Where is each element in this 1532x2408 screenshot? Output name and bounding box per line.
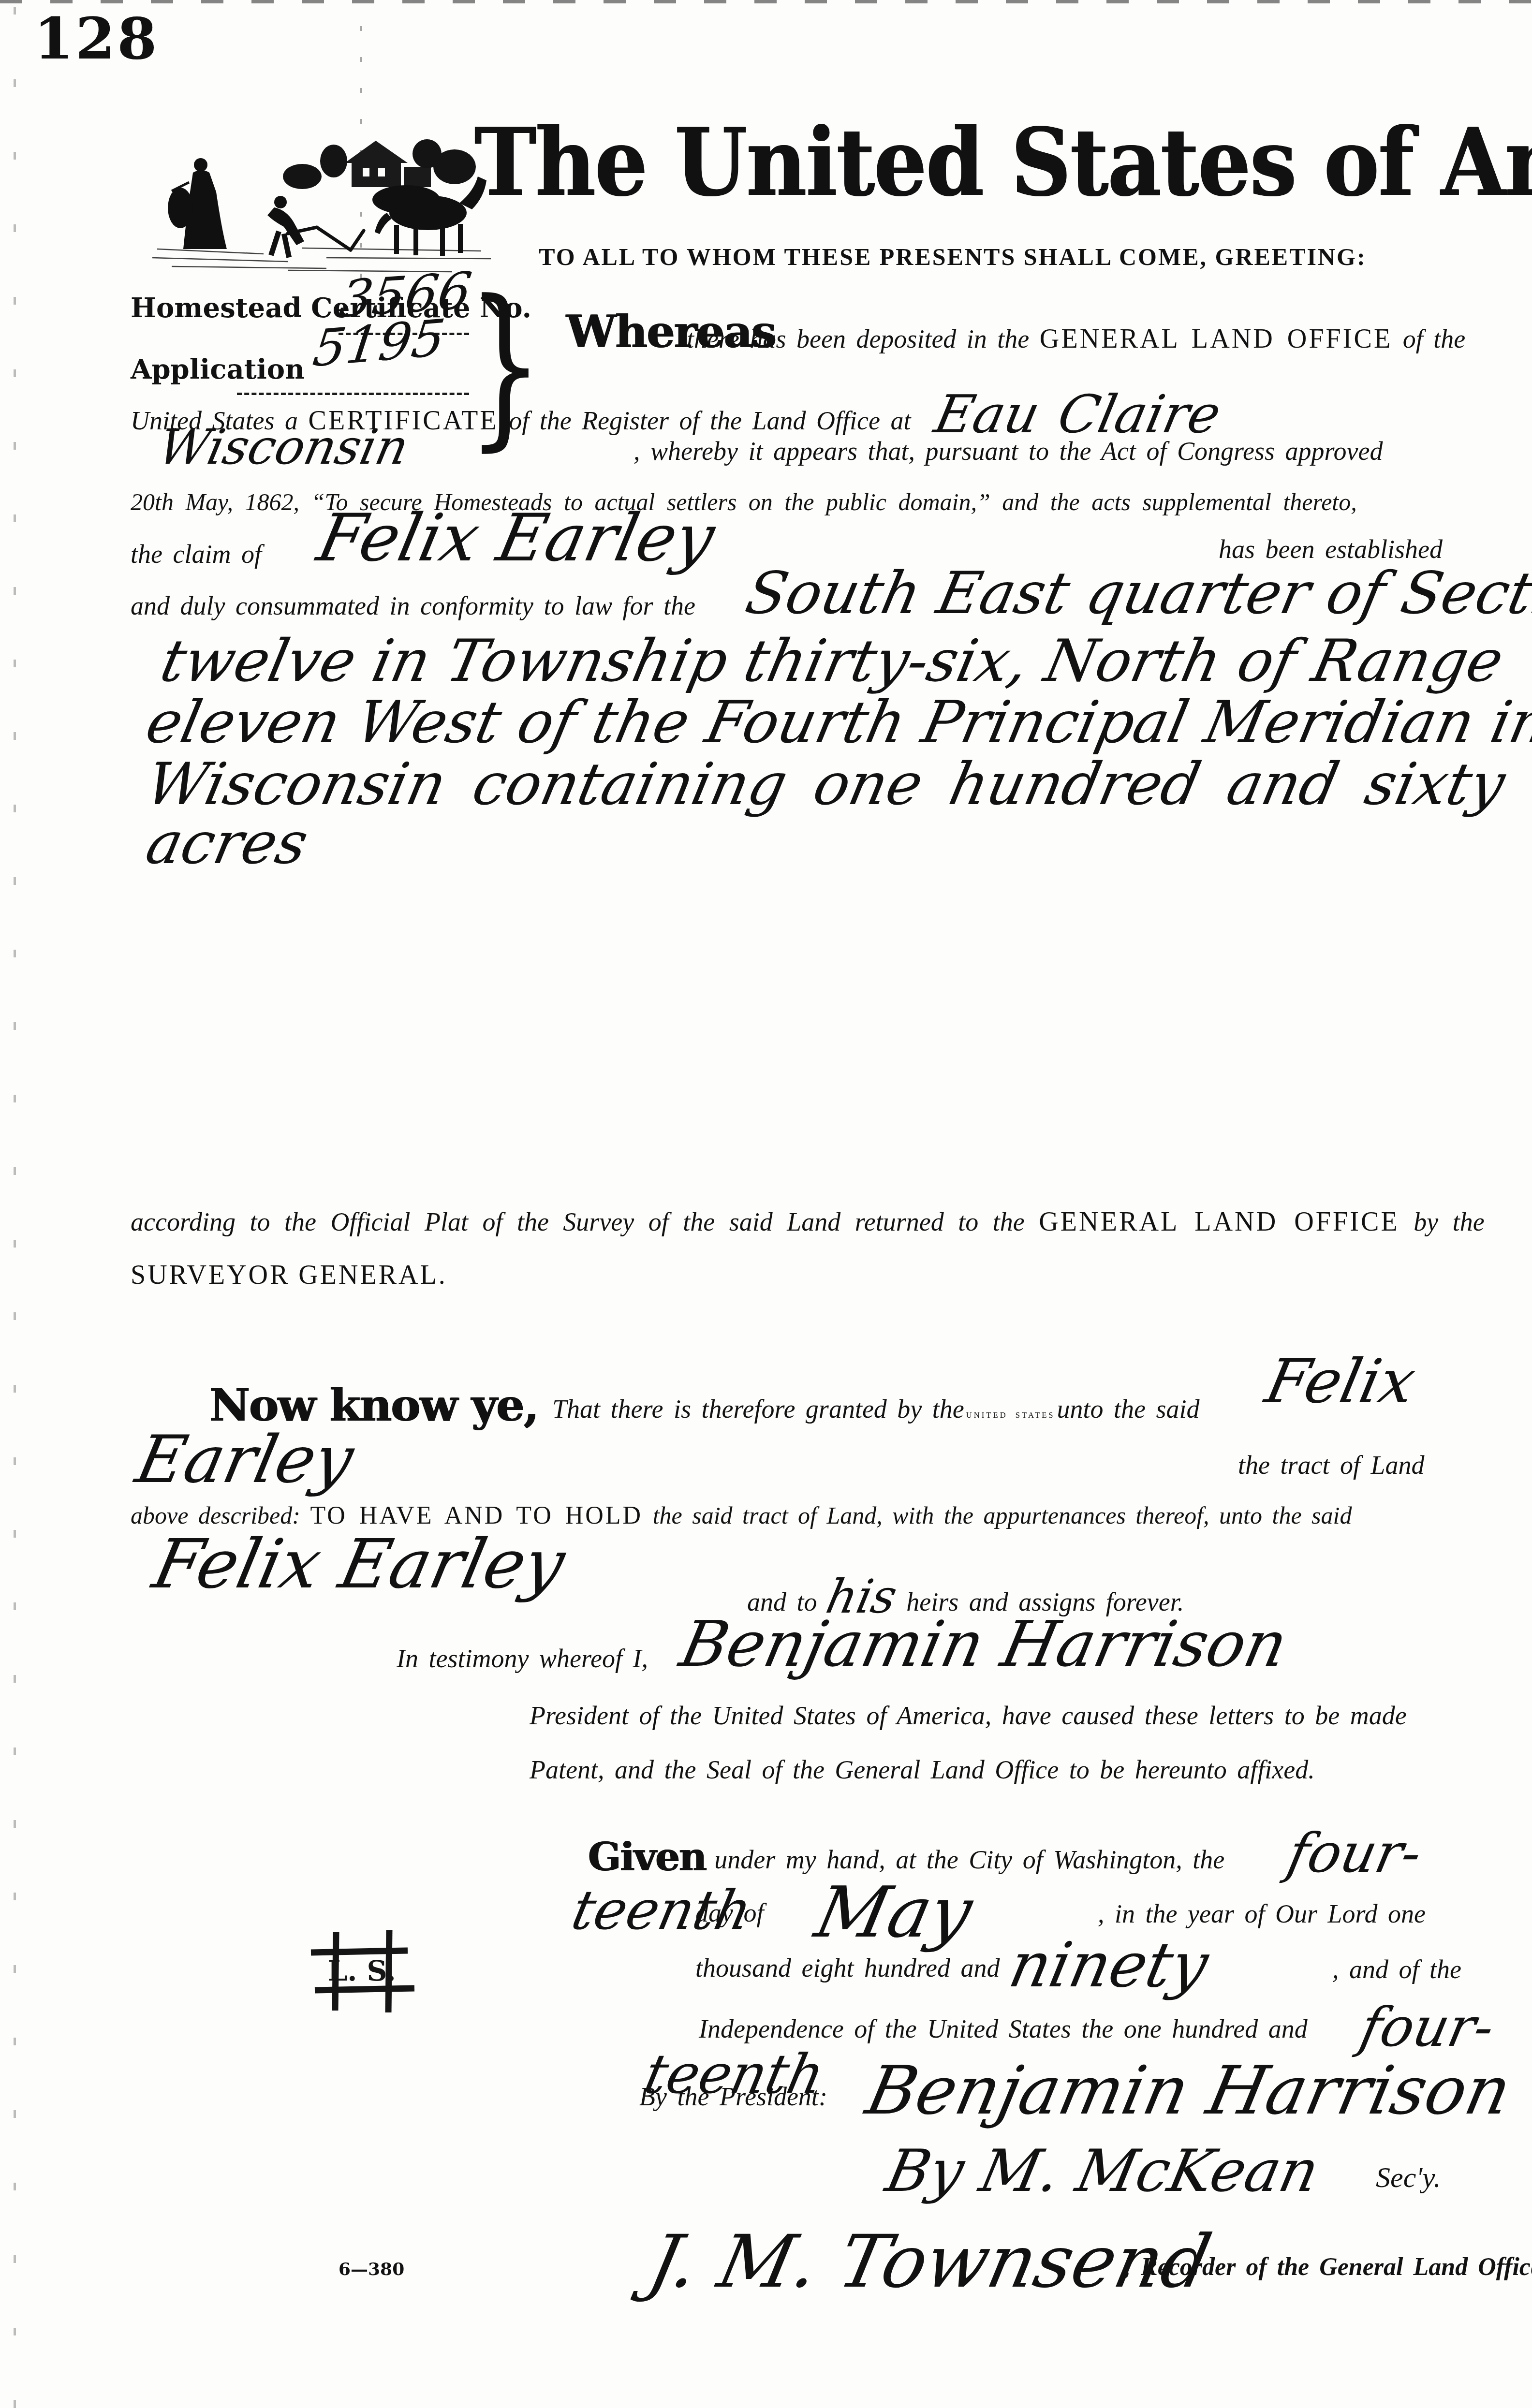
- land-description-entry-2: twelve in Township thirty-six, North of …: [156, 631, 1509, 692]
- plat-line: according to the Official Plat of the Su…: [131, 1208, 1485, 1236]
- president-name-entry: Benjamin Harrison: [675, 1611, 1293, 1677]
- plat-s2: by the: [1414, 1207, 1484, 1236]
- document-title: The United States of America,: [474, 114, 1431, 211]
- year-entry: ninety: [1004, 1933, 1214, 1998]
- independence-entry-part1: four-: [1355, 1999, 1499, 2056]
- greeting-line: TO ALL TO WHOM THESE PRESENTS SHALL COME…: [474, 244, 1431, 270]
- seal-mark: L. S.: [307, 1928, 418, 2017]
- scan-edge-top-marks: [0, 0, 1532, 3]
- scan-edge-left-marks: [14, 0, 16, 2408]
- state-entry: Wisconsin: [154, 422, 413, 472]
- land-description-entry-3: eleven West of the Fourth Principal Meri…: [141, 692, 1532, 753]
- day-of-label: day of: [695, 1899, 764, 1927]
- united-states-caps: UNITED STATES: [966, 1410, 1055, 1420]
- consummated-line: and duly consummated in conformity to la…: [131, 592, 695, 620]
- whereas-s2: of the: [1403, 324, 1465, 353]
- thousand-label: thousand eight hundred and: [695, 1954, 1000, 1982]
- testimony-lead: In testimony whereof I,: [397, 1645, 648, 1673]
- land-office-entry: Eau Claire: [930, 387, 1225, 442]
- grant-s5: the said tract of Land, with the appurte…: [653, 1502, 1352, 1529]
- application-number: 5195: [310, 311, 448, 376]
- grant-s1: That there is therefore granted by the: [552, 1395, 964, 1424]
- farm-plowing-vignette-icon: [143, 104, 501, 280]
- secretary-signature: By M. McKean: [881, 2141, 1324, 2202]
- whereas-line1: there has been deposited in the GENERAL …: [687, 325, 1465, 353]
- president-signature: Benjamin Harrison: [861, 2056, 1517, 2126]
- given-line: Given under my hand, at the City of Wash…: [588, 1836, 1224, 1877]
- year-of-our-lord-label: , in the year of Our Lord one: [1098, 1900, 1426, 1928]
- grant-s2: unto the said: [1057, 1395, 1200, 1424]
- land-patent-document: 128: [0, 0, 1532, 2408]
- by-the-president-label: By the President:: [639, 2083, 827, 2111]
- form-code: 6—380: [339, 2261, 404, 2279]
- land-description-entry-1: South East quarter of Section: [741, 563, 1532, 624]
- tract-of-land-label: the tract of Land: [1238, 1452, 1425, 1479]
- application-label: Application: [131, 355, 305, 384]
- month-entry: May: [810, 1876, 978, 1950]
- established-label: has been established: [1219, 536, 1443, 563]
- testimony-line3: Patent, and the Seal of the General Land…: [530, 1756, 1315, 1784]
- independence-line: Independence of the United States the on…: [699, 2015, 1308, 2043]
- given-word: Given: [588, 1834, 706, 1879]
- farm-vignette-engraving: [143, 104, 501, 278]
- grantee-name-entry-2: Felix Earley: [147, 1529, 571, 1600]
- recorder-title-label: , Recorder of the General Land Office.: [1124, 2254, 1532, 2281]
- plat-s1: according to the Official Plat of the Su…: [131, 1207, 1025, 1236]
- testimony-line2: President of the United States of Americ…: [530, 1702, 1407, 1730]
- whereas-line4: 20th May, 1862, “To secure Homesteads to…: [131, 489, 1357, 515]
- grantee-last-name-entry: Earley: [131, 1425, 359, 1494]
- whereas-s1: there has been deposited in the: [687, 324, 1029, 353]
- whereas-line3: , whereby it appears that, pursuant to t…: [633, 438, 1383, 465]
- land-description-entry-4: Wisconsin containing one hundred and six…: [141, 754, 1510, 815]
- day-entry-part1: four-: [1283, 1825, 1427, 1882]
- land-description-entry-5: acres: [141, 813, 313, 874]
- given-s1: under my hand, at the City of Washington…: [714, 1845, 1224, 1874]
- grantee-first-name-entry: Felix: [1260, 1350, 1421, 1413]
- secretary-title-label: Sec'y.: [1376, 2162, 1441, 2193]
- claim-of-label: the claim of: [131, 541, 262, 568]
- seal-ls-text: L. S.: [327, 1954, 396, 1987]
- surveyor-general-label: SURVEYOR GENERAL.: [131, 1261, 447, 1290]
- general-land-office-caps: GENERAL LAND OFFICE: [1040, 324, 1392, 354]
- and-of-the-label: , and of the: [1332, 1956, 1461, 1983]
- claimant-name-entry: Felix Earley: [312, 504, 721, 573]
- seal-crosshatch-icon: L. S.: [307, 1928, 418, 2014]
- page-number: 128: [34, 9, 159, 69]
- plat-general-land-office-caps: GENERAL LAND OFFICE: [1039, 1207, 1399, 1237]
- whereas-s4: of the Register of the Land Office at: [509, 406, 911, 435]
